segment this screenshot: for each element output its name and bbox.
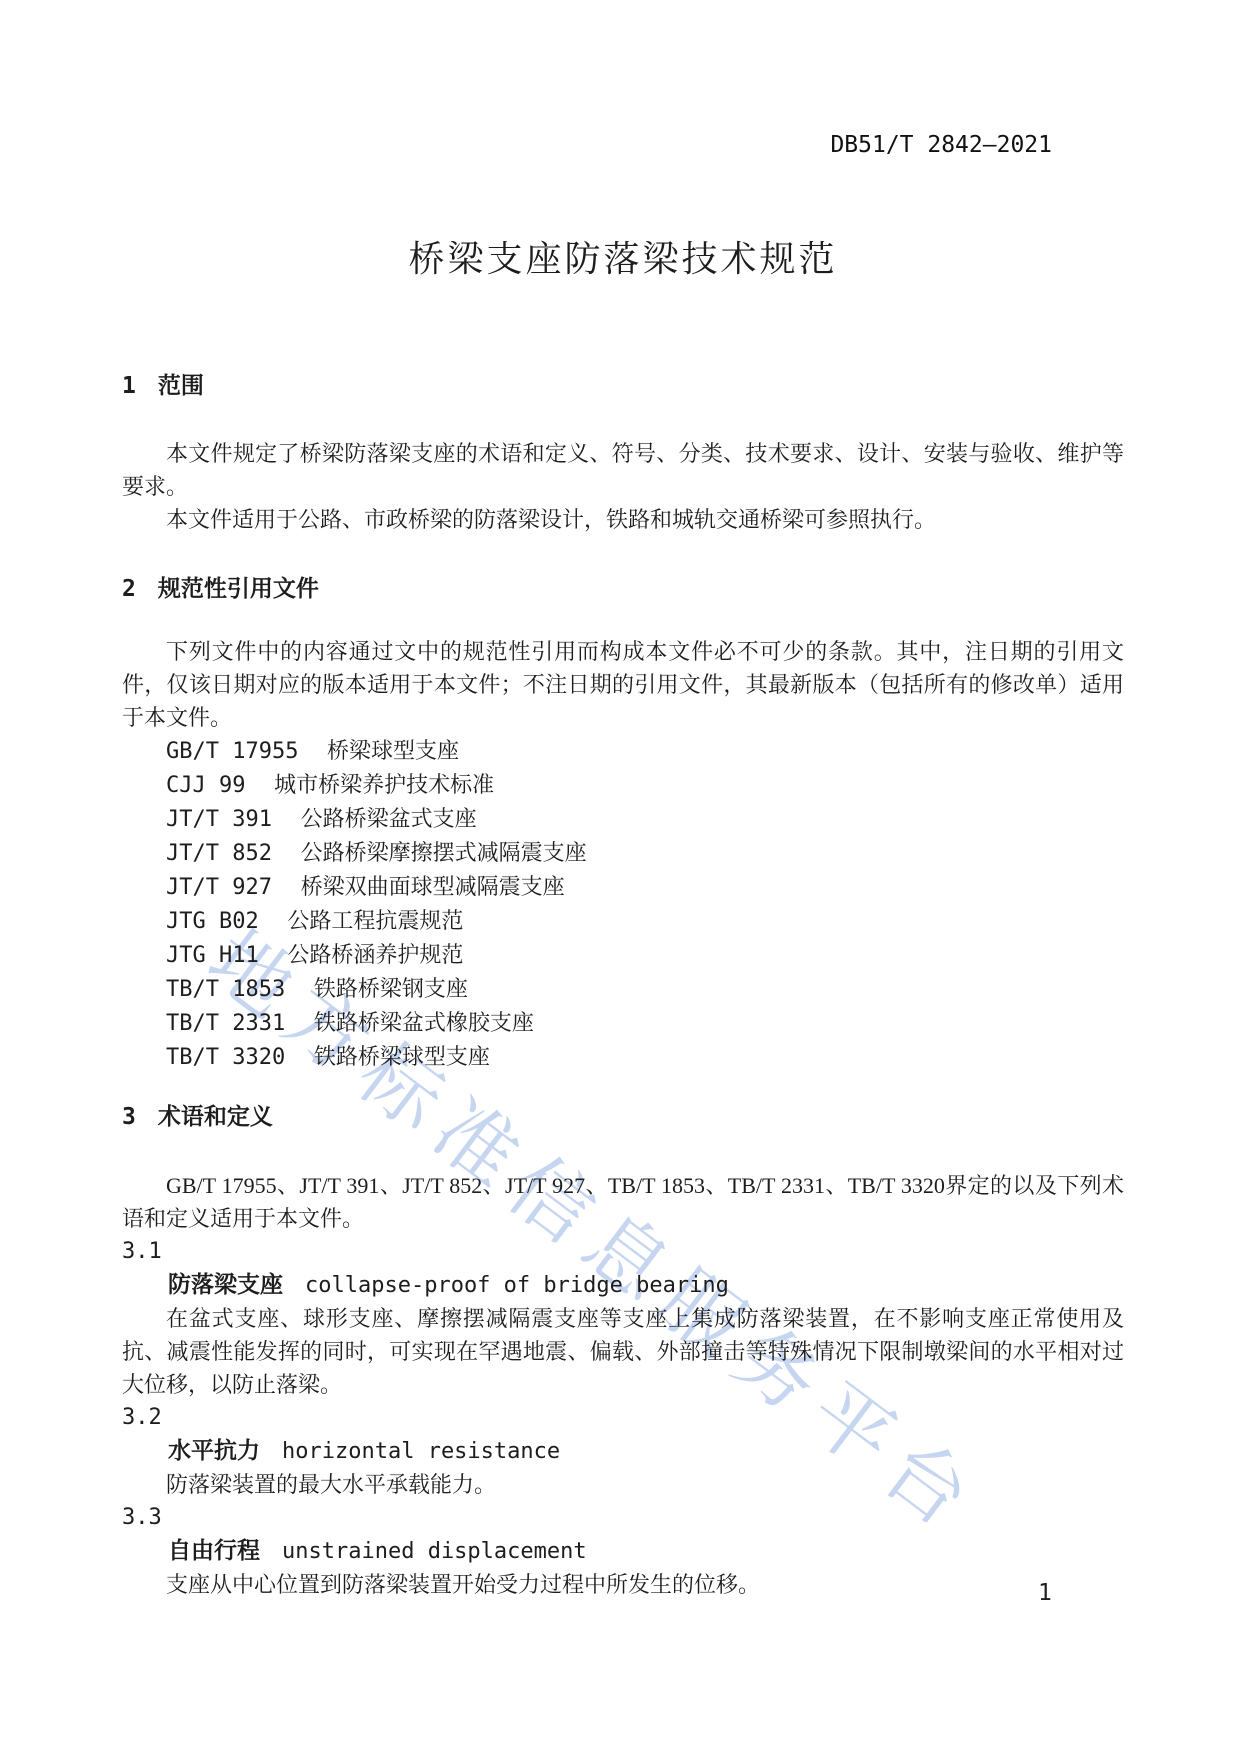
- section-1-heading: 1范围: [122, 369, 1124, 403]
- term-3-1-name-zh: 防落梁支座: [168, 1271, 283, 1297]
- reference-code: CJJ 99: [166, 773, 245, 798]
- reference-item: GB/T 17955桥梁球型支座: [122, 734, 1124, 768]
- section-2-heading-label: 规范性引用文件: [158, 575, 319, 601]
- reference-title: 桥梁双曲面球型减隔震支座: [301, 874, 565, 899]
- scope-paragraph-1: 本文件规定了桥梁防落梁支座的术语和定义、符号、分类、技术要求、设计、安装与验收、…: [122, 437, 1124, 503]
- references-intro-paragraph: 下列文件中的内容通过文中的规范性引用而构成本文件必不可少的条款。其中，注日期的引…: [122, 635, 1124, 734]
- term-3-2-definition: 防落梁装置的最大水平承载能力。: [122, 1468, 1124, 1501]
- term-3-3-name-zh: 自由行程: [168, 1537, 260, 1563]
- term-3-2-name-en: horizontal resistance: [282, 1439, 560, 1464]
- reference-item: JT/T 852公路桥梁摩擦摆式减隔震支座: [122, 836, 1124, 870]
- reference-title: 铁路桥梁球型支座: [314, 1044, 490, 1069]
- term-3-2-number: 3.2: [122, 1401, 1124, 1434]
- reference-title: 公路桥涵养护规范: [287, 942, 463, 967]
- scope-paragraph-2: 本文件适用于公路、市政桥梁的防落梁设计，铁路和城轨交通桥梁可参照执行。: [122, 503, 1124, 536]
- section-2-number: 2: [122, 576, 136, 602]
- reference-title: 公路桥梁盆式支座: [301, 806, 477, 831]
- reference-code: JT/T 852: [166, 841, 272, 866]
- section-3-heading: 3术语和定义: [122, 1100, 1124, 1134]
- standard-number: DB51/T 2842—2021: [122, 131, 1124, 159]
- reference-title: 铁路桥梁钢支座: [314, 976, 468, 1001]
- term-3-3-title: 自由行程unstrained displacement: [122, 1534, 1124, 1568]
- reference-code: JTG B02: [166, 909, 259, 934]
- section-1-heading-label: 范围: [158, 372, 204, 398]
- reference-code: JTG H11: [166, 943, 259, 968]
- reference-item: JTG H11公路桥涵养护规范: [122, 938, 1124, 972]
- document-page: 地方标准信息服务平台 DB51/T 2842—2021 桥梁支座防落梁技术规范 …: [0, 0, 1241, 1754]
- reference-item: TB/T 1853铁路桥梁钢支座: [122, 972, 1124, 1006]
- reference-item: TB/T 3320铁路桥梁球型支座: [122, 1040, 1124, 1074]
- page-number: 1: [1038, 1580, 1052, 1606]
- term-3-3-definition: 支座从中心位置到防落梁装置开始受力过程中所发生的位移。: [122, 1568, 1124, 1601]
- terms-intro-paragraph: GB/T 17955、JT/T 391、JT/T 852、JT/T 927、TB…: [122, 1169, 1124, 1235]
- reference-item: CJJ 99城市桥梁养护技术标准: [122, 768, 1124, 802]
- reference-code: TB/T 3320: [166, 1045, 285, 1070]
- section-3-number: 3: [122, 1104, 136, 1130]
- reference-title: 城市桥梁养护技术标准: [274, 772, 494, 797]
- reference-title: 公路桥梁摩擦摆式减隔震支座: [301, 840, 587, 865]
- reference-item: JTG B02公路工程抗震规范: [122, 904, 1124, 938]
- reference-item: JT/T 391公路桥梁盆式支座: [122, 802, 1124, 836]
- section-2-heading: 2规范性引用文件: [122, 572, 1124, 606]
- reference-item: JT/T 927桥梁双曲面球型减隔震支座: [122, 870, 1124, 904]
- term-3-1-name-en: collapse-proof of bridge bearing: [305, 1273, 729, 1298]
- reference-code: TB/T 2331: [166, 1011, 285, 1036]
- document-content: DB51/T 2842—2021 桥梁支座防落梁技术规范 1范围 本文件规定了桥…: [122, 0, 1124, 1601]
- reference-title: 铁路桥梁盆式橡胶支座: [314, 1010, 534, 1035]
- normative-references-list: GB/T 17955桥梁球型支座 CJJ 99城市桥梁养护技术标准 JT/T 3…: [122, 734, 1124, 1074]
- reference-code: GB/T 17955: [166, 739, 298, 764]
- reference-title: 公路工程抗震规范: [287, 908, 463, 933]
- section-1-number: 1: [122, 373, 136, 399]
- section-3-heading-label: 术语和定义: [158, 1103, 273, 1129]
- term-3-1-title: 防落梁支座collapse-proof of bridge bearing: [122, 1268, 1124, 1302]
- reference-code: JT/T 927: [166, 875, 272, 900]
- term-3-3-name-en: unstrained displacement: [282, 1539, 587, 1564]
- reference-title: 桥梁球型支座: [327, 738, 459, 763]
- document-title: 桥梁支座防落梁技术规范: [122, 236, 1124, 282]
- term-3-3-number: 3.3: [122, 1501, 1124, 1534]
- term-3-2-title: 水平抗力horizontal resistance: [122, 1434, 1124, 1468]
- term-3-2-name-zh: 水平抗力: [168, 1437, 260, 1463]
- reference-code: TB/T 1853: [166, 977, 285, 1002]
- term-3-1-number: 3.1: [122, 1235, 1124, 1268]
- reference-code: JT/T 391: [166, 807, 272, 832]
- term-3-1-definition: 在盆式支座、球形支座、摩擦摆减隔震支座等支座上集成防落梁装置，在不影响支座正常使…: [122, 1302, 1124, 1401]
- reference-item: TB/T 2331铁路桥梁盆式橡胶支座: [122, 1006, 1124, 1040]
